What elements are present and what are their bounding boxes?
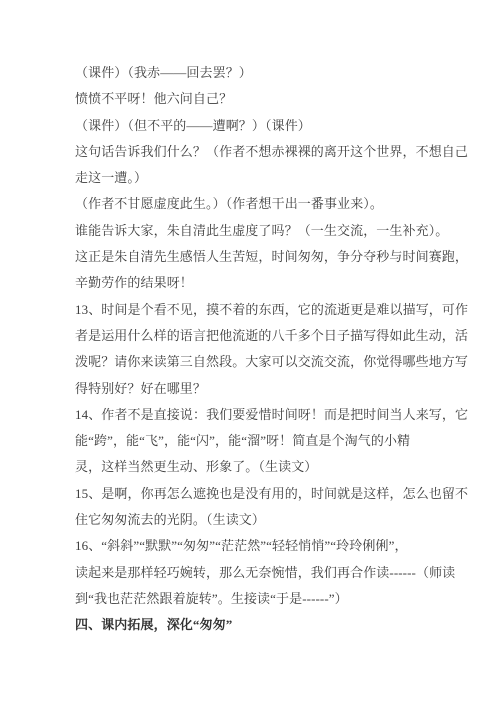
document-text-line: 者是运用什么样的语言把他流逝的八千多个日子描写得如此生动，活	[75, 323, 475, 349]
document-text-line: 14、作者不是直接说：我们要爱惜时间呀！而是把时间当人来写，它	[75, 402, 475, 428]
document-text-line: （课件）（我赤——回去罢？）	[75, 60, 475, 86]
document-text-line: 得特别好？好在哪里？	[75, 376, 475, 402]
document-text-line: 住它匆匆流去的光阴。（生读文）	[75, 507, 475, 533]
document-text-line: （作者不甘愿虚度此生。）（作者想干出一番事业来）。	[75, 191, 475, 217]
document-text-line: 13、时间是个看不见，摸不着的东西，它的流逝更是难以描写，可作	[75, 297, 475, 323]
document-text-line: 这正是朱自清先生感悟人生苦短，时间匆匆，争分夺秒与时间赛跑，	[75, 244, 475, 270]
section-heading-line: 四、课内拓展，深化“匆匆”	[75, 612, 475, 638]
document-text-line: 读起来是那样轻巧婉转，那么无奈惋惜，我们再合作读------（师读	[75, 560, 475, 586]
document-text-line: 15、是啊，你再怎么遮挽也是没有用的，时间就是这样，怎么也留不	[75, 481, 475, 507]
document-page: （课件）（我赤——回去罢？）愤愤不平呀！他六问自己？（课件）（但不平的——遭啊？…	[0, 0, 500, 707]
document-text-line: 谁能告诉大家，朱自清此生虚度了吗？（一生交流，一生补充）。	[75, 218, 475, 244]
document-text-line: 这句话告诉我们什么？（作者不想赤裸裸的离开这个世界，不想自己	[75, 139, 475, 165]
document-text-line: 能“跨”，能“飞”，能“闪”，能“溜”呀！简直是个淘气的小精	[75, 428, 475, 454]
document-text-block: （课件）（我赤——回去罢？）愤愤不平呀！他六问自己？（课件）（但不平的——遭啊？…	[75, 60, 475, 639]
document-text-line: 走这一遭。）	[75, 165, 475, 191]
document-text-line: 灵，这样当然更生动、形象了。（生读文）	[75, 454, 475, 480]
document-text-line: 16、“斜斜”“默默”“匆匆”“茫茫然”“轻轻悄悄”“玲玲俐俐”，	[75, 533, 475, 559]
document-text-line: 到“我也茫茫然跟着旋转”。生接读“于是------”）	[75, 586, 475, 612]
document-text-line: 辛勤劳作的结果呀！	[75, 270, 475, 296]
document-text-line: （课件）（但不平的——遭啊？）（课件）	[75, 113, 475, 139]
document-text-line: 泼呢？请你来读第三自然段。大家可以交流交流，你觉得哪些地方写	[75, 349, 475, 375]
document-text-line: 愤愤不平呀！他六问自己？	[75, 86, 475, 112]
